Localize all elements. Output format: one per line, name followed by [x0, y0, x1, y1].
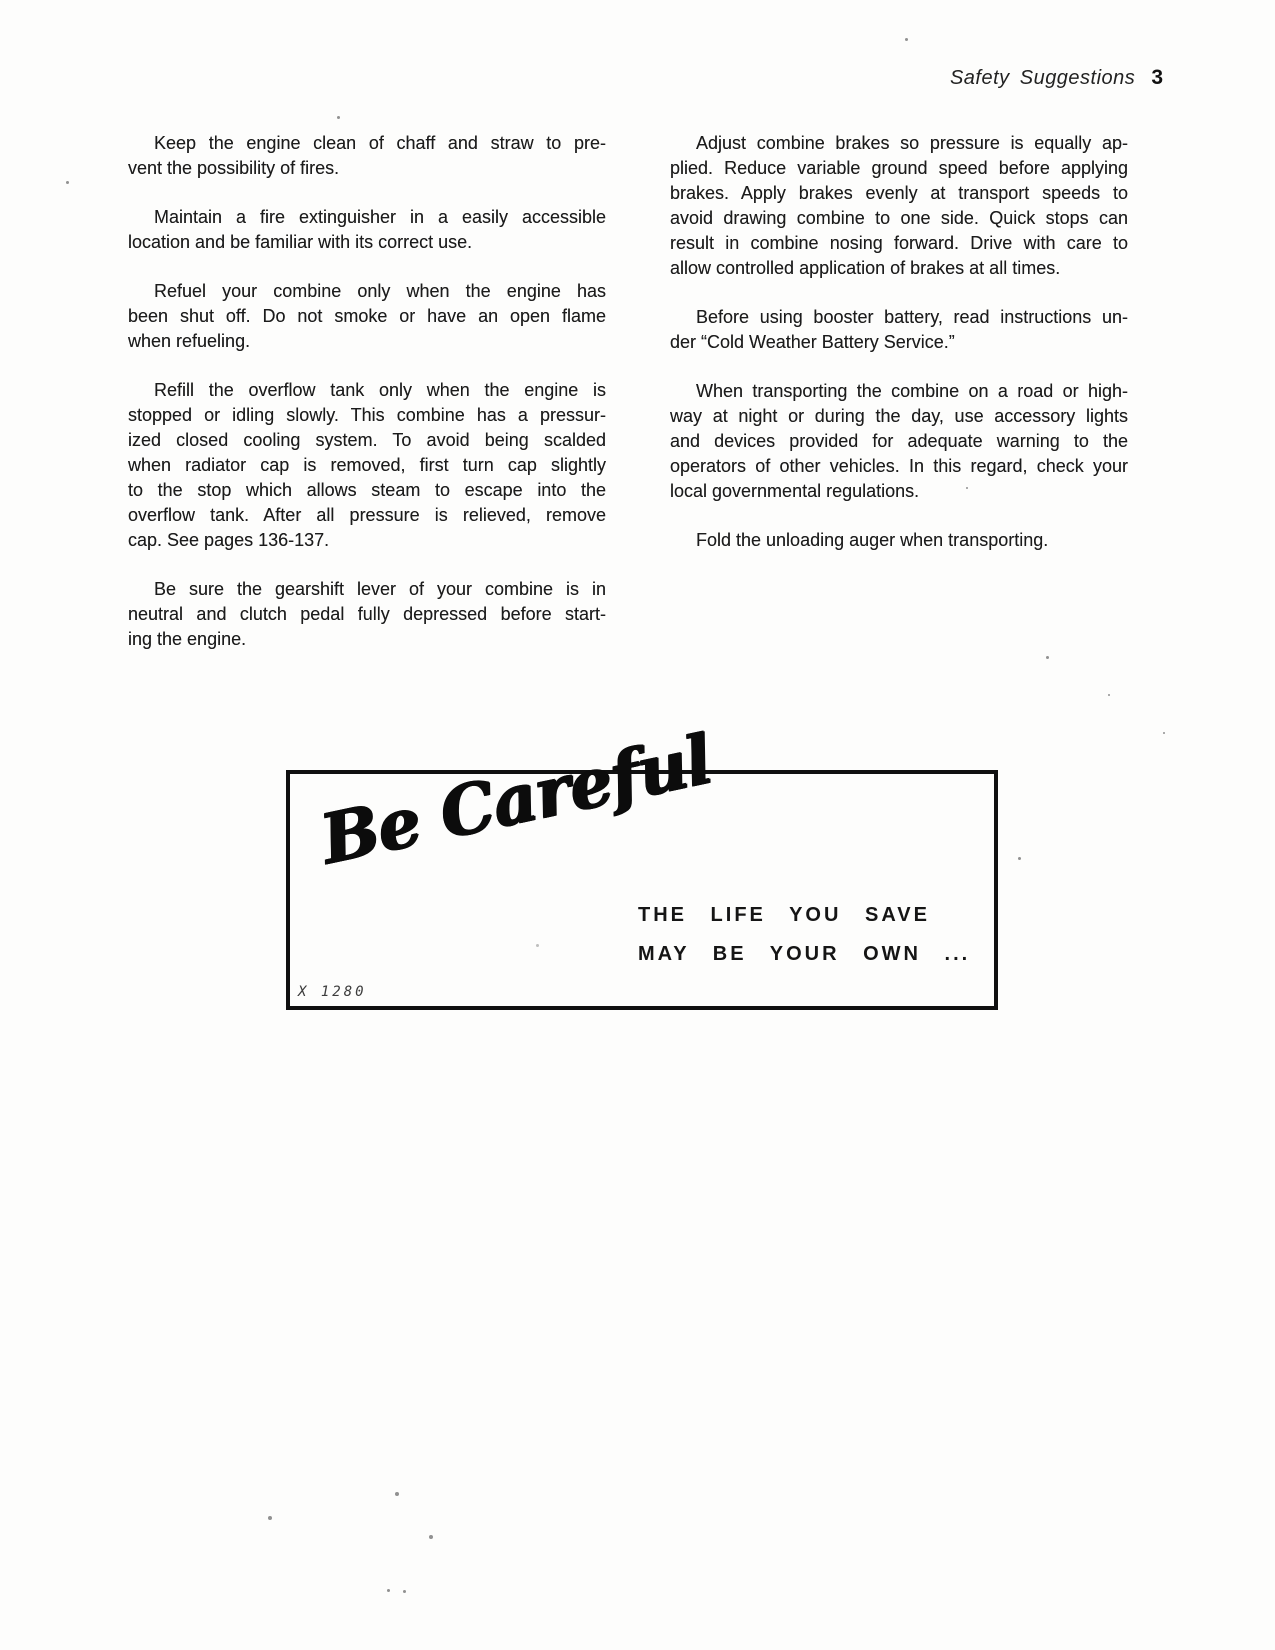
- running-head-title: Safety Suggestions: [950, 67, 1135, 89]
- paragraph: Before using booster battery, read instr…: [670, 305, 1128, 355]
- text-line: result in combine nosing forward. Drive …: [670, 231, 1128, 256]
- text-line: location and be familiar with its correc…: [128, 230, 606, 255]
- page-number: 3: [1151, 66, 1163, 89]
- right-text-column: Adjust combine brakes so pressure is equ…: [670, 131, 1128, 553]
- text-line: When transporting the combine on a road …: [670, 379, 1128, 404]
- be-careful-script-text: Be Careful: [313, 719, 717, 880]
- paragraph: Keep the engine clean of chaff and straw…: [128, 131, 606, 181]
- paragraph: Fold the unloading auger when transporti…: [670, 528, 1128, 553]
- text-line: allow controlled application of brakes a…: [670, 256, 1128, 281]
- scan-speck: [966, 487, 968, 489]
- text-line: been shut off. Do not smoke or have an o…: [128, 304, 606, 329]
- scan-speck: [536, 944, 539, 947]
- text-line: Keep the engine clean of chaff and straw…: [128, 131, 606, 156]
- paragraph: Refuel your combine only when the engine…: [128, 279, 606, 354]
- scan-speck: [337, 116, 340, 119]
- scan-speck: [395, 1492, 399, 1496]
- text-line: Refill the overflow tank only when the e…: [128, 378, 606, 403]
- text-line: Fold the unloading auger when transporti…: [670, 528, 1128, 553]
- scan-speck: [387, 1589, 390, 1592]
- scan-speck: [905, 38, 908, 41]
- text-line: vent the possibility of fires.: [128, 156, 606, 181]
- text-line: neutral and clutch pedal fully depressed…: [128, 602, 606, 627]
- text-line: ing the engine.: [128, 627, 606, 652]
- scan-speck: [1163, 732, 1165, 734]
- text-line: cap. See pages 136-137.: [128, 528, 606, 553]
- figure-id-label: X 1280: [298, 984, 367, 1000]
- paragraph: Maintain a fire extinguisher in a easily…: [128, 205, 606, 255]
- paragraph: Adjust combine brakes so pressure is equ…: [670, 131, 1128, 281]
- be-careful-notice-box: Be Careful THE LIFE YOU SAVE MAY BE YOUR…: [286, 770, 998, 1010]
- text-line: Maintain a fire extinguisher in a easily…: [128, 205, 606, 230]
- scan-speck: [1108, 694, 1110, 696]
- text-line: when refueling.: [128, 329, 606, 354]
- manual-page: Safety Suggestions3 Keep the engine clea…: [0, 0, 1275, 1650]
- scan-speck: [403, 1590, 406, 1593]
- text-line: way at night or during the day, use acce…: [670, 404, 1128, 429]
- left-text-column: Keep the engine clean of chaff and straw…: [128, 131, 606, 652]
- page-header: Safety Suggestions3: [950, 66, 1163, 90]
- slogan-line-2: MAY BE YOUR OWN ...: [638, 935, 970, 974]
- text-line: der “Cold Weather Battery Service.”: [670, 330, 1128, 355]
- text-line: Adjust combine brakes so pressure is equ…: [670, 131, 1128, 156]
- text-line: to the stop which allows steam to escape…: [128, 478, 606, 503]
- text-line: avoid drawing combine to one side. Quick…: [670, 206, 1128, 231]
- text-line: overflow tank. After all pressure is rel…: [128, 503, 606, 528]
- scan-speck: [1018, 857, 1021, 860]
- text-line: ized closed cooling system. To avoid bei…: [128, 428, 606, 453]
- text-line: operators of other vehicles. In this reg…: [670, 454, 1128, 479]
- scan-speck: [429, 1535, 433, 1539]
- text-line: plied. Reduce variable ground speed befo…: [670, 156, 1128, 181]
- text-line: Refuel your combine only when the engine…: [128, 279, 606, 304]
- paragraph: Be sure the gearshift lever of your comb…: [128, 577, 606, 652]
- text-line: Be sure the gearshift lever of your comb…: [128, 577, 606, 602]
- scan-speck: [268, 1516, 272, 1520]
- text-line: Before using booster battery, read instr…: [670, 305, 1128, 330]
- text-line: when radiator cap is removed, first turn…: [128, 453, 606, 478]
- scan-speck: [1046, 656, 1049, 659]
- paragraph: Refill the overflow tank only when the e…: [128, 378, 606, 553]
- text-line: and devices provided for adequate warnin…: [670, 429, 1128, 454]
- paragraph: When transporting the combine on a road …: [670, 379, 1128, 504]
- slogan-line-1: THE LIFE YOU SAVE: [638, 896, 970, 935]
- slogan-text: THE LIFE YOU SAVE MAY BE YOUR OWN ...: [638, 896, 970, 974]
- text-line: stopped or idling slowly. This combine h…: [128, 403, 606, 428]
- text-line: local governmental regulations.: [670, 479, 1128, 504]
- text-line: brakes. Apply brakes evenly at transport…: [670, 181, 1128, 206]
- scan-speck: [66, 181, 69, 184]
